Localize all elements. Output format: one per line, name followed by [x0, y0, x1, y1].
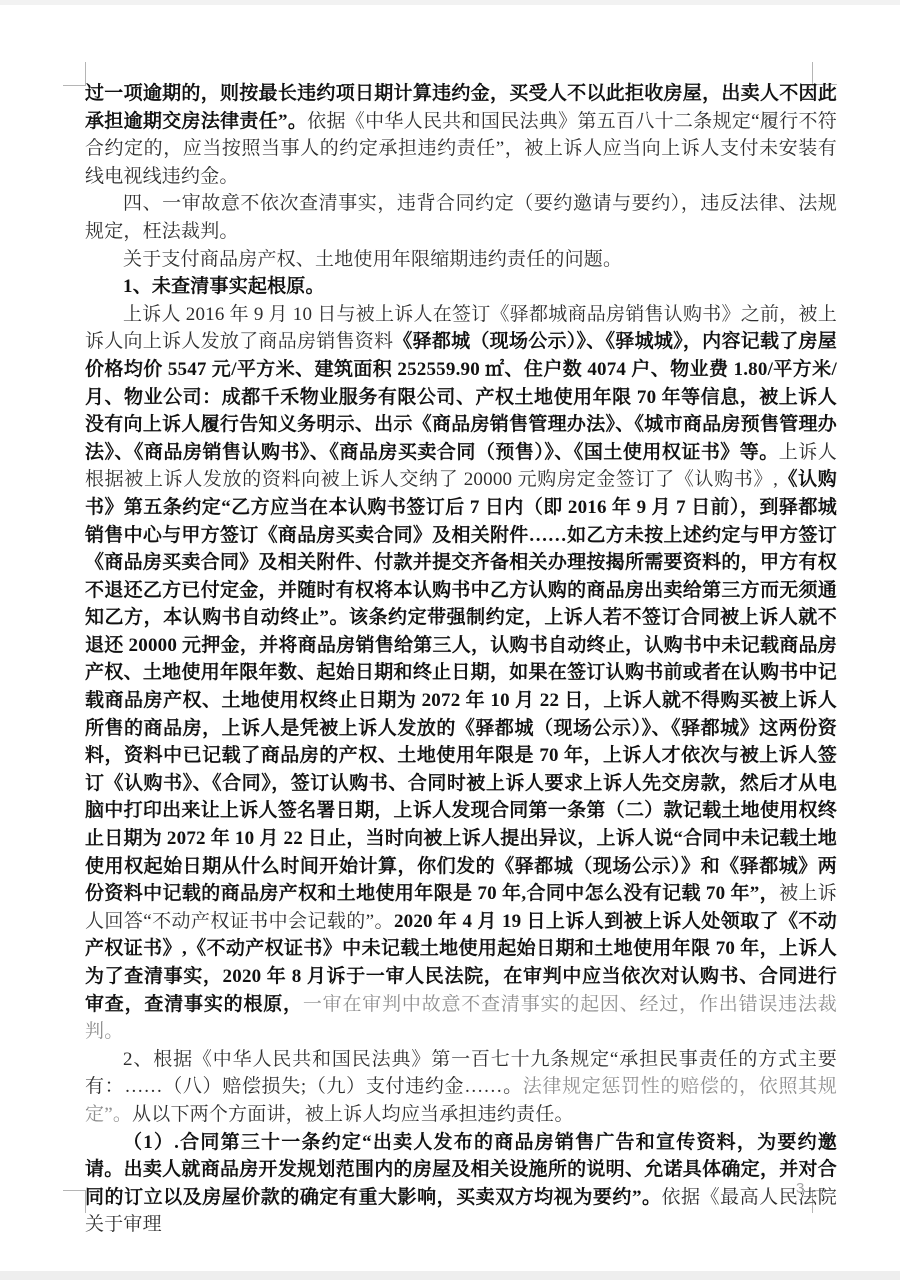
scan-edge-top: [0, 0, 900, 5]
page-number: 3: [796, 1180, 804, 1197]
paragraph: 1、未查清事实起根原。: [85, 273, 837, 301]
text-run: 关于支付商品房产权、土地使用年限缩期违约责任的问题。: [123, 249, 622, 270]
paragraph: 关于支付商品房产权、土地使用年限缩期违约责任的问题。: [85, 246, 837, 274]
paragraph: 四、一审故意不依次查清事实，违背合同约定（要约邀请与要约），违反法律、法规规定，…: [85, 190, 837, 245]
text-run: 《认购书》第五条约定“乙方应当在本认购书签订后 7 日内（即 2016 年 9 …: [85, 469, 837, 904]
scanned-document-page: 过一项逾期的，则按最长违约项日期计算违约金，买受人不以此拒收房屋，出卖人不因此承…: [0, 0, 900, 1280]
document-body: 过一项逾期的，则按最长违约项日期计算违约金，买受人不以此拒收房屋，出卖人不因此承…: [85, 80, 837, 1239]
text-run: 四、一审故意不依次查清事实，违背合同约定（要约邀请与要约），违反法律、法规规定，…: [85, 193, 837, 242]
text-boundary-mark-top-left: [63, 62, 86, 86]
text-run: 从以下两个方面讲，被上诉人均应当承担违约责任。: [132, 1104, 574, 1125]
text-run: 1、未查清事实起根原。: [123, 276, 325, 297]
paragraph: 过一项逾期的，则按最长违约项日期计算违约金，买受人不以此拒收房屋，出卖人不因此承…: [85, 80, 837, 190]
text-boundary-mark-bottom-left: [63, 1190, 86, 1213]
paragraph: 上诉人 2016 年 9 月 10 日与被上诉人在签订《驿都城商品房销售认购书》…: [85, 301, 837, 1046]
paragraph: 2、根据《中华人民共和国民法典》第一百七十九条规定“承担民事责任的方式主要有：……: [85, 1046, 837, 1129]
scan-edge-bottom: [0, 1271, 900, 1280]
paragraph: （1）.合同第三十一条约定“出卖人发布的商品房销售广告和宣传资料，为要约邀请。出…: [85, 1129, 837, 1239]
